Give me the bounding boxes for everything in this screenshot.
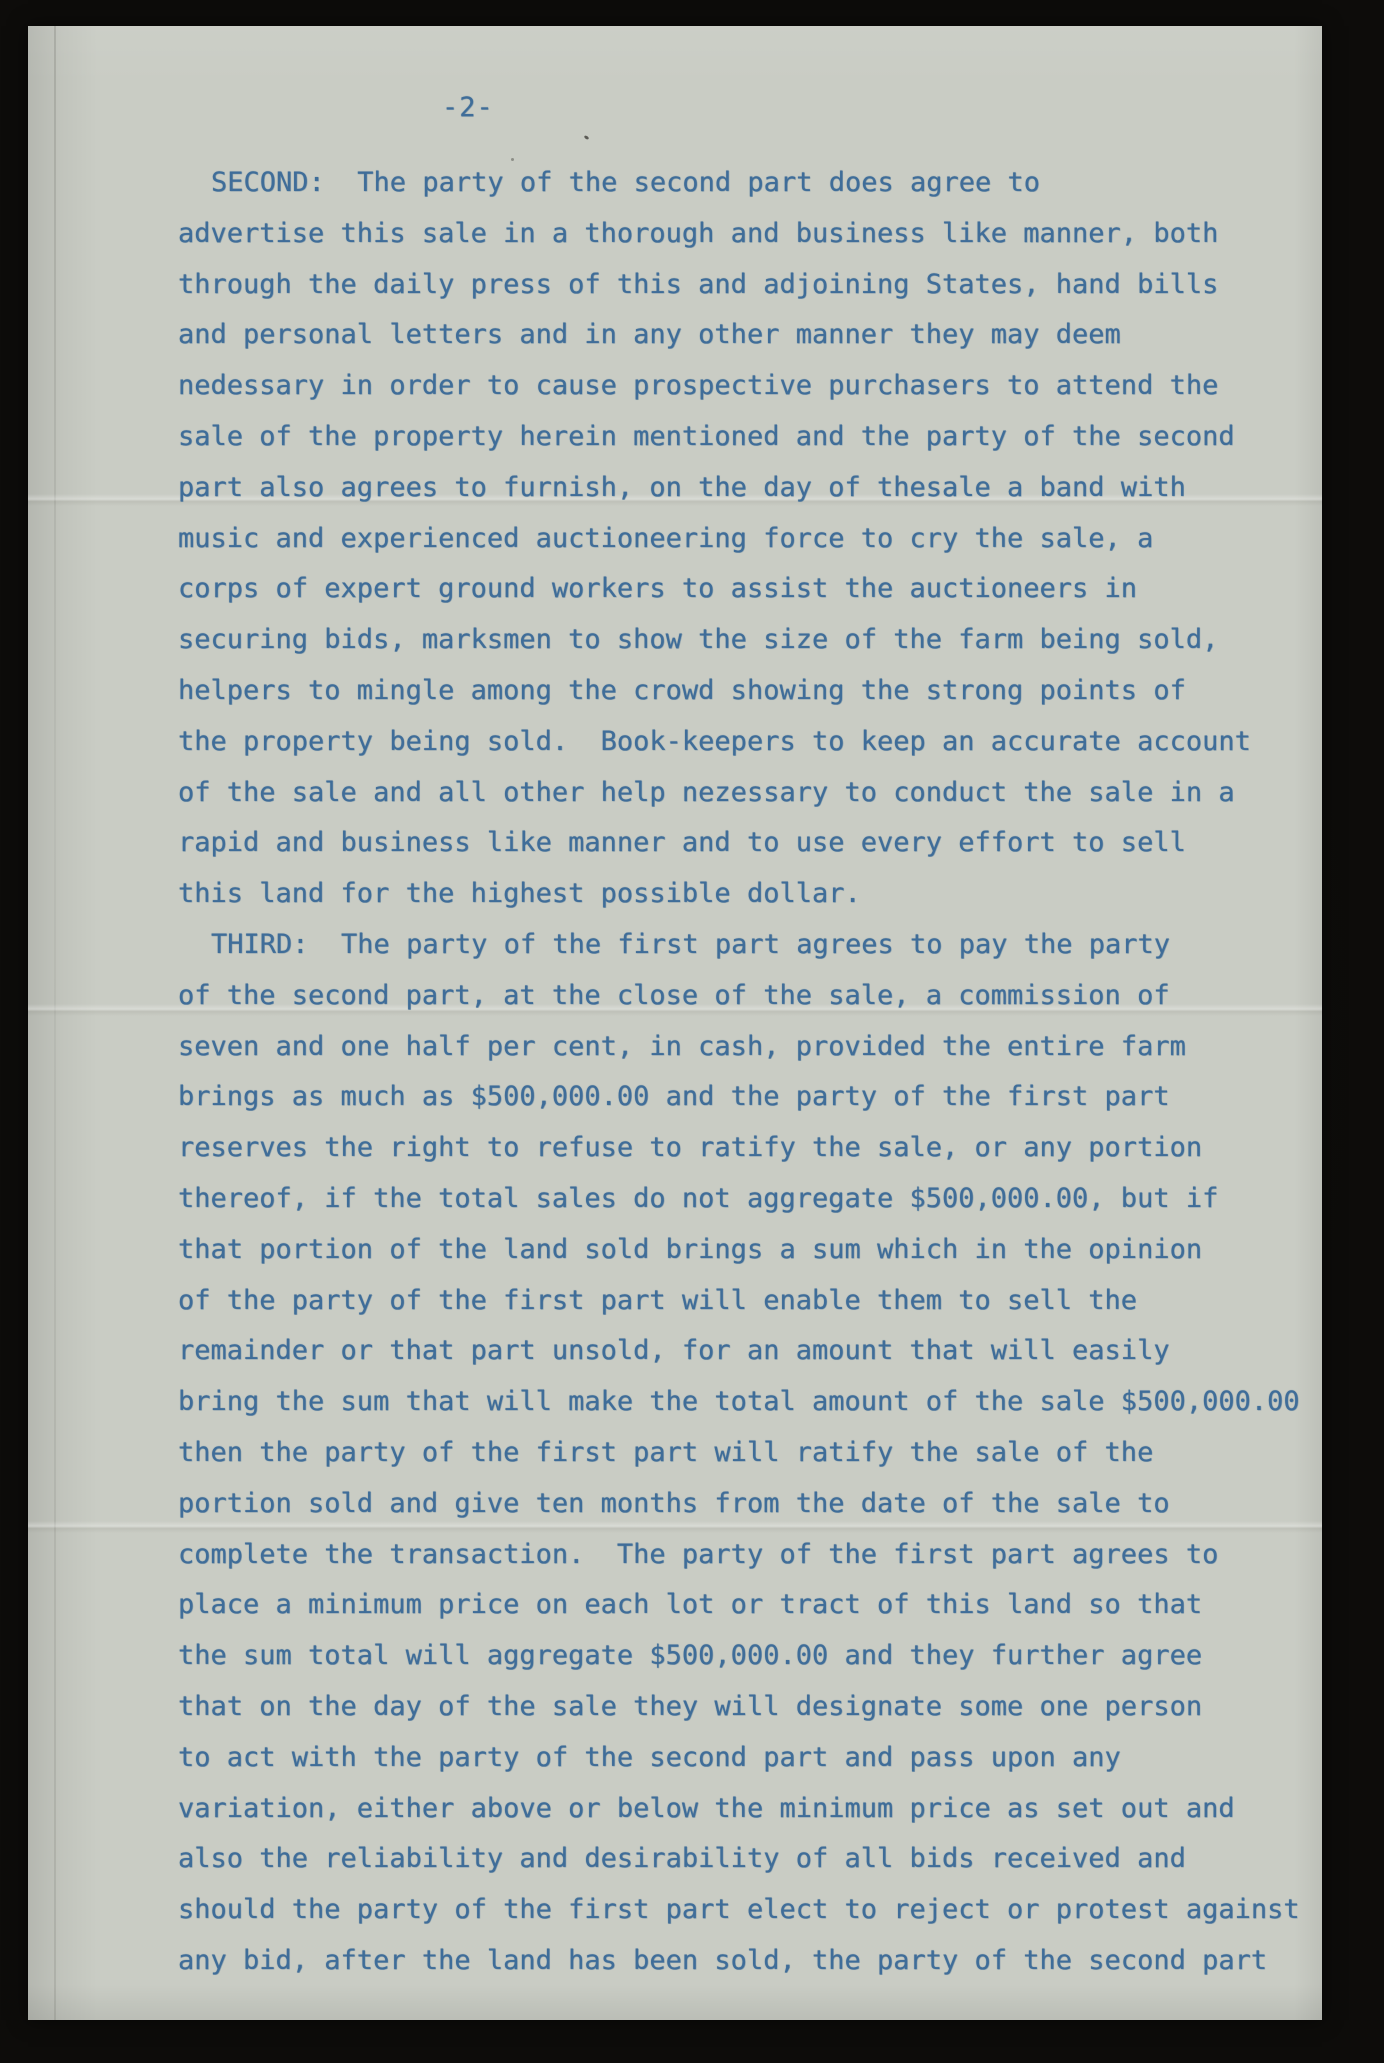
document-line: brings as much as $500,000.00 and the pa…	[178, 1072, 1338, 1123]
document-line: reserves the right to refuse to ratify t…	[178, 1123, 1338, 1174]
document-line: the property being sold. Book-keepers to…	[178, 717, 1338, 768]
document-line: this land for the highest possible dolla…	[178, 869, 1338, 920]
document-line: place a minimum price on each lot or tra…	[178, 1580, 1338, 1631]
document-line: nedessary in order to cause prospective …	[178, 361, 1338, 412]
document-line: part also agrees to furnish, on the day …	[178, 463, 1338, 514]
document-line: remainder or that part unsold, for an am…	[178, 1326, 1338, 1377]
paper-edge-line	[54, 26, 56, 2020]
document-line: through the daily press of this and adjo…	[178, 260, 1338, 311]
document-line: music and experienced auctioneering forc…	[178, 514, 1338, 565]
document-line: of the sale and all other help nezessary…	[178, 768, 1338, 819]
document-line: sale of the property herein mentioned an…	[178, 412, 1338, 463]
document-line: and personal letters and in any other ma…	[178, 310, 1338, 361]
page-number: -2-	[442, 92, 494, 123]
document-line: thereof, if the total sales do not aggre…	[178, 1174, 1338, 1225]
document-line: to act with the party of the second part…	[178, 1733, 1338, 1784]
document-line: complete the transaction. The party of t…	[178, 1530, 1338, 1581]
document-line: SECOND: The party of the second part doe…	[178, 158, 1338, 209]
document-line: that on the day of the sale they will de…	[178, 1682, 1338, 1733]
document-line: also the reliability and desirability of…	[178, 1834, 1338, 1885]
paper-speck	[584, 135, 590, 140]
document-line: helpers to mingle among the crowd showin…	[178, 666, 1338, 717]
document-line: of the party of the first part will enab…	[178, 1276, 1338, 1327]
document-line: portion sold and give ten months from th…	[178, 1479, 1338, 1530]
document-page: -2- SECOND: The party of the second part…	[28, 26, 1322, 2020]
document-line: the sum total will aggregate $500,000.00…	[178, 1631, 1338, 1682]
document-body: SECOND: The party of the second part doe…	[178, 158, 1338, 1987]
document-line: advertise this sale in a thorough and bu…	[178, 209, 1338, 260]
document-line: of the second part, at the close of the …	[178, 971, 1338, 1022]
document-line: that portion of the land sold brings a s…	[178, 1225, 1338, 1276]
document-line: variation, either above or below the min…	[178, 1784, 1338, 1835]
scan-background: -2- SECOND: The party of the second part…	[0, 0, 1384, 2063]
document-line: then the party of the first part will ra…	[178, 1428, 1338, 1479]
document-line: THIRD: The party of the first part agree…	[178, 920, 1338, 971]
document-line: rapid and business like manner and to us…	[178, 818, 1338, 869]
document-line: securing bids, marksmen to show the size…	[178, 615, 1338, 666]
document-line: any bid, after the land has been sold, t…	[178, 1936, 1338, 1987]
document-line: should the party of the first part elect…	[178, 1885, 1338, 1936]
document-line: seven and one half per cent, in cash, pr…	[178, 1022, 1338, 1073]
document-line: corps of expert ground workers to assist…	[178, 564, 1338, 615]
document-line: bring the sum that will make the total a…	[178, 1377, 1338, 1428]
